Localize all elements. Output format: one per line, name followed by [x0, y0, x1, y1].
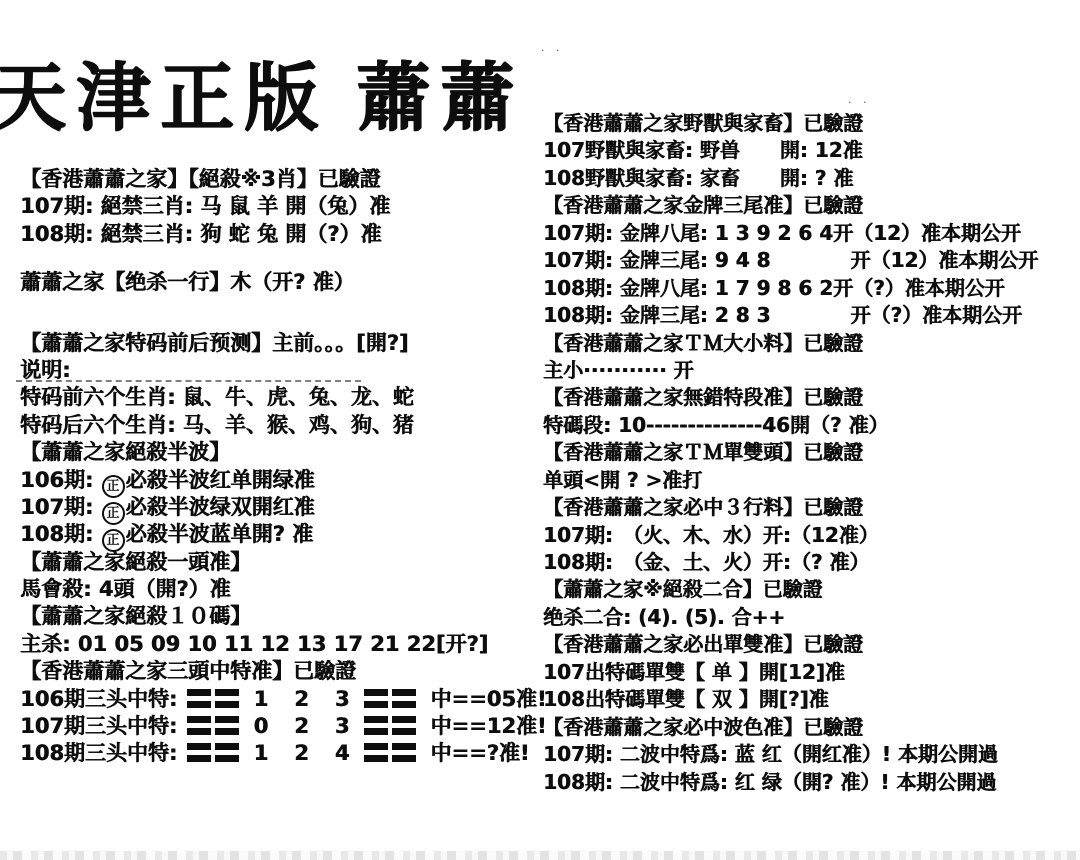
right-column: 【香港蕭蕭之家野獸與家畜】已驗證 107野獸與家畜: 野兽 開: 12准 108…: [543, 110, 1080, 796]
row-temaduan: 特碼段: 10--------------46開（? 准）: [543, 412, 1080, 439]
section-header-jinpai-sanwei: 【香港蕭蕭之家金牌三尾准】已驗證: [543, 192, 1080, 219]
scan-dots-artifact: · ·: [541, 44, 564, 57]
row-yeshou-108: 108野獸與家畜: 家畜 開: ? 准: [543, 165, 1080, 192]
double-bar-icon: [215, 689, 239, 708]
row-sha3xiao-108: 108期: 絕禁三肖: 狗 蛇 兔 開（?）准: [20, 221, 525, 248]
row-juesha-erhe: 绝杀二合: (4). (5). 合++: [543, 604, 1080, 631]
row-zhuxiao: 主小··········· 开: [543, 357, 1080, 384]
santou-num-3: 3: [335, 713, 350, 740]
row-yeshou-107: 107野獸與家畜: 野兽 開: 12准: [543, 137, 1080, 164]
row-jinpai-bawei-107: 107期: 金牌八尾: 1 3 9 2 6 4开（12）准本期公开: [543, 220, 1080, 247]
santou-result: 中==?准!: [430, 741, 529, 765]
santou-label: 106期三头中特:: [20, 687, 177, 711]
left-column: 【香港蕭蕭之家】【絕殺※3肖】已驗證 107期: 絕禁三肖: 马 鼠 羊 開（兔…: [20, 166, 525, 768]
row-jinpai-bawei-108: 108期: 金牌八尾: 1 7 9 8 6 2开（?）准本期公开: [543, 275, 1080, 302]
double-bar-icon: [364, 743, 388, 762]
row-santou-107: 107期三头中特: 023中==12准!: [20, 713, 525, 740]
double-bar-icon: [215, 743, 239, 762]
banbo-prefix: 108期:: [20, 522, 101, 546]
page-title-left: 天津正版: [0, 55, 328, 141]
section-header-yeshou-jiachu: 【香港蕭蕭之家野獸與家畜】已驗證: [543, 110, 1080, 137]
santou-num-2: 2: [294, 713, 309, 740]
section-header-santou-zhongte: 【香港蕭蕭之家三頭中特准】已驗證: [20, 658, 525, 685]
santou-num-3: 3: [335, 686, 350, 713]
section-header-wucuo-teduan: 【香港蕭蕭之家無錯特段准】已驗證: [543, 384, 1080, 411]
scanned-tip-sheet: · · · · 天津正版蕭蕭 【香港蕭蕭之家】【絕殺※3肖】已驗證 107期: …: [0, 0, 1080, 860]
double-bar-icon: [392, 743, 416, 762]
row-banbo-108: 108期: 正必殺半波蓝单開? 准: [20, 521, 525, 548]
row-danshuang-108: 108出特碼單雙【 双 】開[?]准: [543, 686, 1080, 713]
scan-edge-band: [0, 851, 1080, 860]
row-zhusha-numbers: 主杀: 01 05 09 10 11 12 13 17 21 22[开?]: [20, 631, 525, 658]
section-header-jue-sha-3-xiao: 【香港蕭蕭之家】【絕殺※3肖】已驗證: [20, 166, 525, 193]
section-header-juesha-banbo: 【蕭蕭之家絕殺半波】: [20, 439, 525, 466]
row-juesha-yihang: 蕭蕭之家【绝杀一行】木（开? 准）: [20, 269, 525, 296]
row-hou-liu-shengxiao: 特码后六个生肖: 马、羊、猴、鸡、狗、猪: [20, 412, 525, 439]
santou-num-1: 0: [254, 713, 269, 740]
santou-label: 108期三头中特:: [20, 741, 177, 765]
section-header-tm-danshuangtou: 【香港蕭蕭之家ＴＭ單雙頭】已驗證: [543, 439, 1080, 466]
banbo-prefix: 107期:: [20, 495, 101, 519]
scan-dots-artifact: · ·: [848, 96, 871, 109]
row-bose-108: 108期: 二波中特爲: 红 绿（開? 准）! 本期公開過: [543, 769, 1080, 796]
double-bar-icon: [187, 689, 211, 708]
row-hangliao-108: 108期: （金、土、火）开:（? 准）: [543, 549, 1080, 576]
double-bar-icon: [392, 716, 416, 735]
santou-result: 中==12准!: [430, 714, 546, 738]
banbo-text: 必殺半波红单開绿准: [126, 468, 315, 492]
double-bar-icon: [187, 743, 211, 762]
row-sha3xiao-107: 107期: 絕禁三肖: 马 鼠 羊 開（兔）准: [20, 193, 525, 220]
santou-num-1: 1: [254, 740, 269, 767]
page-title-right: 蕭蕭: [356, 55, 524, 141]
row-hangliao-107: 107期: （火、木、水）开:（12准）: [543, 522, 1080, 549]
santou-num-2: 2: [294, 740, 309, 767]
section-header-bizhong-bose: 【香港蕭蕭之家必中波色准】已驗證: [543, 714, 1080, 741]
section-header-bichu-danshuang: 【香港蕭蕭之家必出單雙准】已驗證: [543, 631, 1080, 658]
banbo-text: 必殺半波蓝单開? 准: [126, 522, 314, 546]
row-qian-liu-shengxiao: 特码前六个生肖: 鼠、牛、虎、兔、龙、蛇: [20, 384, 525, 411]
row-danshuang-107: 107出特碼單雙【 单 】開[12]准: [543, 659, 1080, 686]
banbo-prefix: 106期:: [20, 468, 101, 492]
banbo-text: 必殺半波绿双開红准: [126, 495, 315, 519]
row-jinpai-sanwei-108: 108期: 金牌三尾: 2 8 3 开（?）准本期公开: [543, 302, 1080, 329]
double-bar-icon: [392, 689, 416, 708]
santou-label: 107期三头中特:: [20, 714, 177, 738]
santou-num-3: 4: [335, 740, 350, 767]
row-dantou: 单頭<開 ? >准打: [543, 467, 1080, 494]
double-bar-icon: [215, 716, 239, 735]
santou-num-2: 2: [294, 686, 309, 713]
row-santou-106: 106期三头中特: 123中==05准!: [20, 686, 525, 713]
section-header-juesha-yitou: 【蕭蕭之家絕殺一頭准】: [20, 549, 525, 576]
santou-num-1: 1: [254, 686, 269, 713]
santou-result: 中==05准!: [430, 687, 546, 711]
section-header-juesha-10ma: 【蕭蕭之家絕殺１０碼】: [20, 603, 525, 630]
section-header-juesha-erhe: 【蕭蕭之家※絕殺二合】已驗證: [543, 576, 1080, 603]
row-bose-107: 107期: 二波中特爲: 蓝 红（開红准）! 本期公開過: [543, 741, 1080, 768]
row-jinpai-sanwei-107: 107期: 金牌三尾: 9 4 8 开（12）准本期公开: [543, 247, 1080, 274]
row-banbo-106: 106期: 正必殺半波红单開绿准: [20, 467, 525, 494]
section-header-tm-daxiao: 【香港蕭蕭之家ＴＭ大小料】已驗證: [543, 330, 1080, 357]
row-santou-108: 108期三头中特: 124中==?准!: [20, 740, 525, 767]
page-title: 天津正版蕭蕭: [0, 58, 492, 139]
section-header-bizhong-3-hangliao: 【香港蕭蕭之家必中３行料】已驗證: [543, 494, 1080, 521]
section-header-qianhou-yuce: 【蕭蕭之家特码前后预测】主前。。。[開?]: [20, 330, 525, 357]
double-bar-icon: [187, 716, 211, 735]
double-bar-icon: [364, 689, 388, 708]
double-bar-icon: [364, 716, 388, 735]
row-mahui-sha: 馬會殺: 4頭（開?）准: [20, 576, 525, 603]
row-banbo-107: 107期: 正必殺半波绿双開红准: [20, 494, 525, 521]
